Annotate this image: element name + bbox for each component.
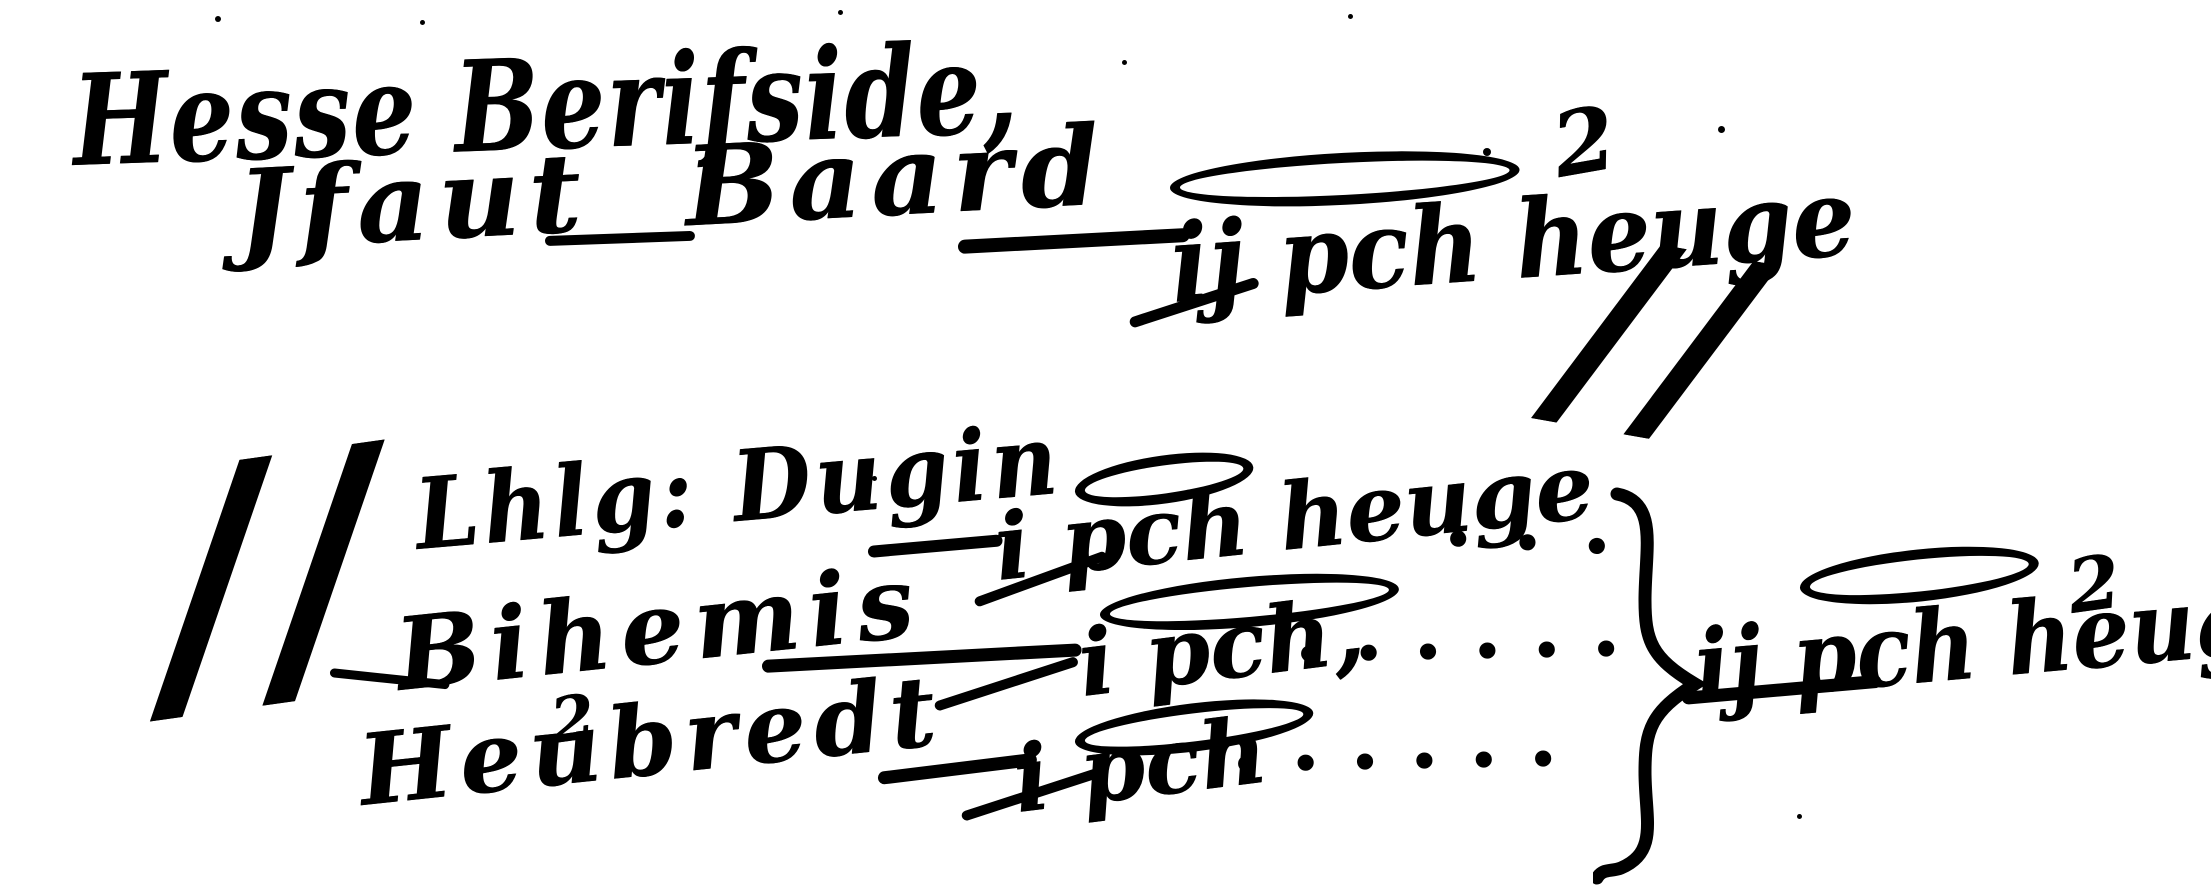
ink-speck: [872, 476, 877, 481]
ink-speck: [1797, 814, 1802, 819]
ink-speck: [1483, 148, 1491, 156]
total-superscript: 2: [2063, 542, 2125, 630]
ink-speck: [1122, 60, 1127, 65]
ink-speck: [215, 16, 221, 22]
list-marker: //: [132, 392, 403, 750]
dot-leader: ••••••: [1231, 732, 1588, 792]
amount-lead-stroke: [933, 656, 1079, 712]
ink-speck: [1718, 126, 1725, 133]
manuscript-page: Hesse Berifside, Jfaut Baard ij pch heug…: [0, 0, 2211, 896]
sum-brace: [1593, 486, 1711, 886]
ink-speck: [1348, 14, 1353, 19]
ink-speck: [838, 10, 843, 15]
ink-speck: [420, 20, 425, 25]
